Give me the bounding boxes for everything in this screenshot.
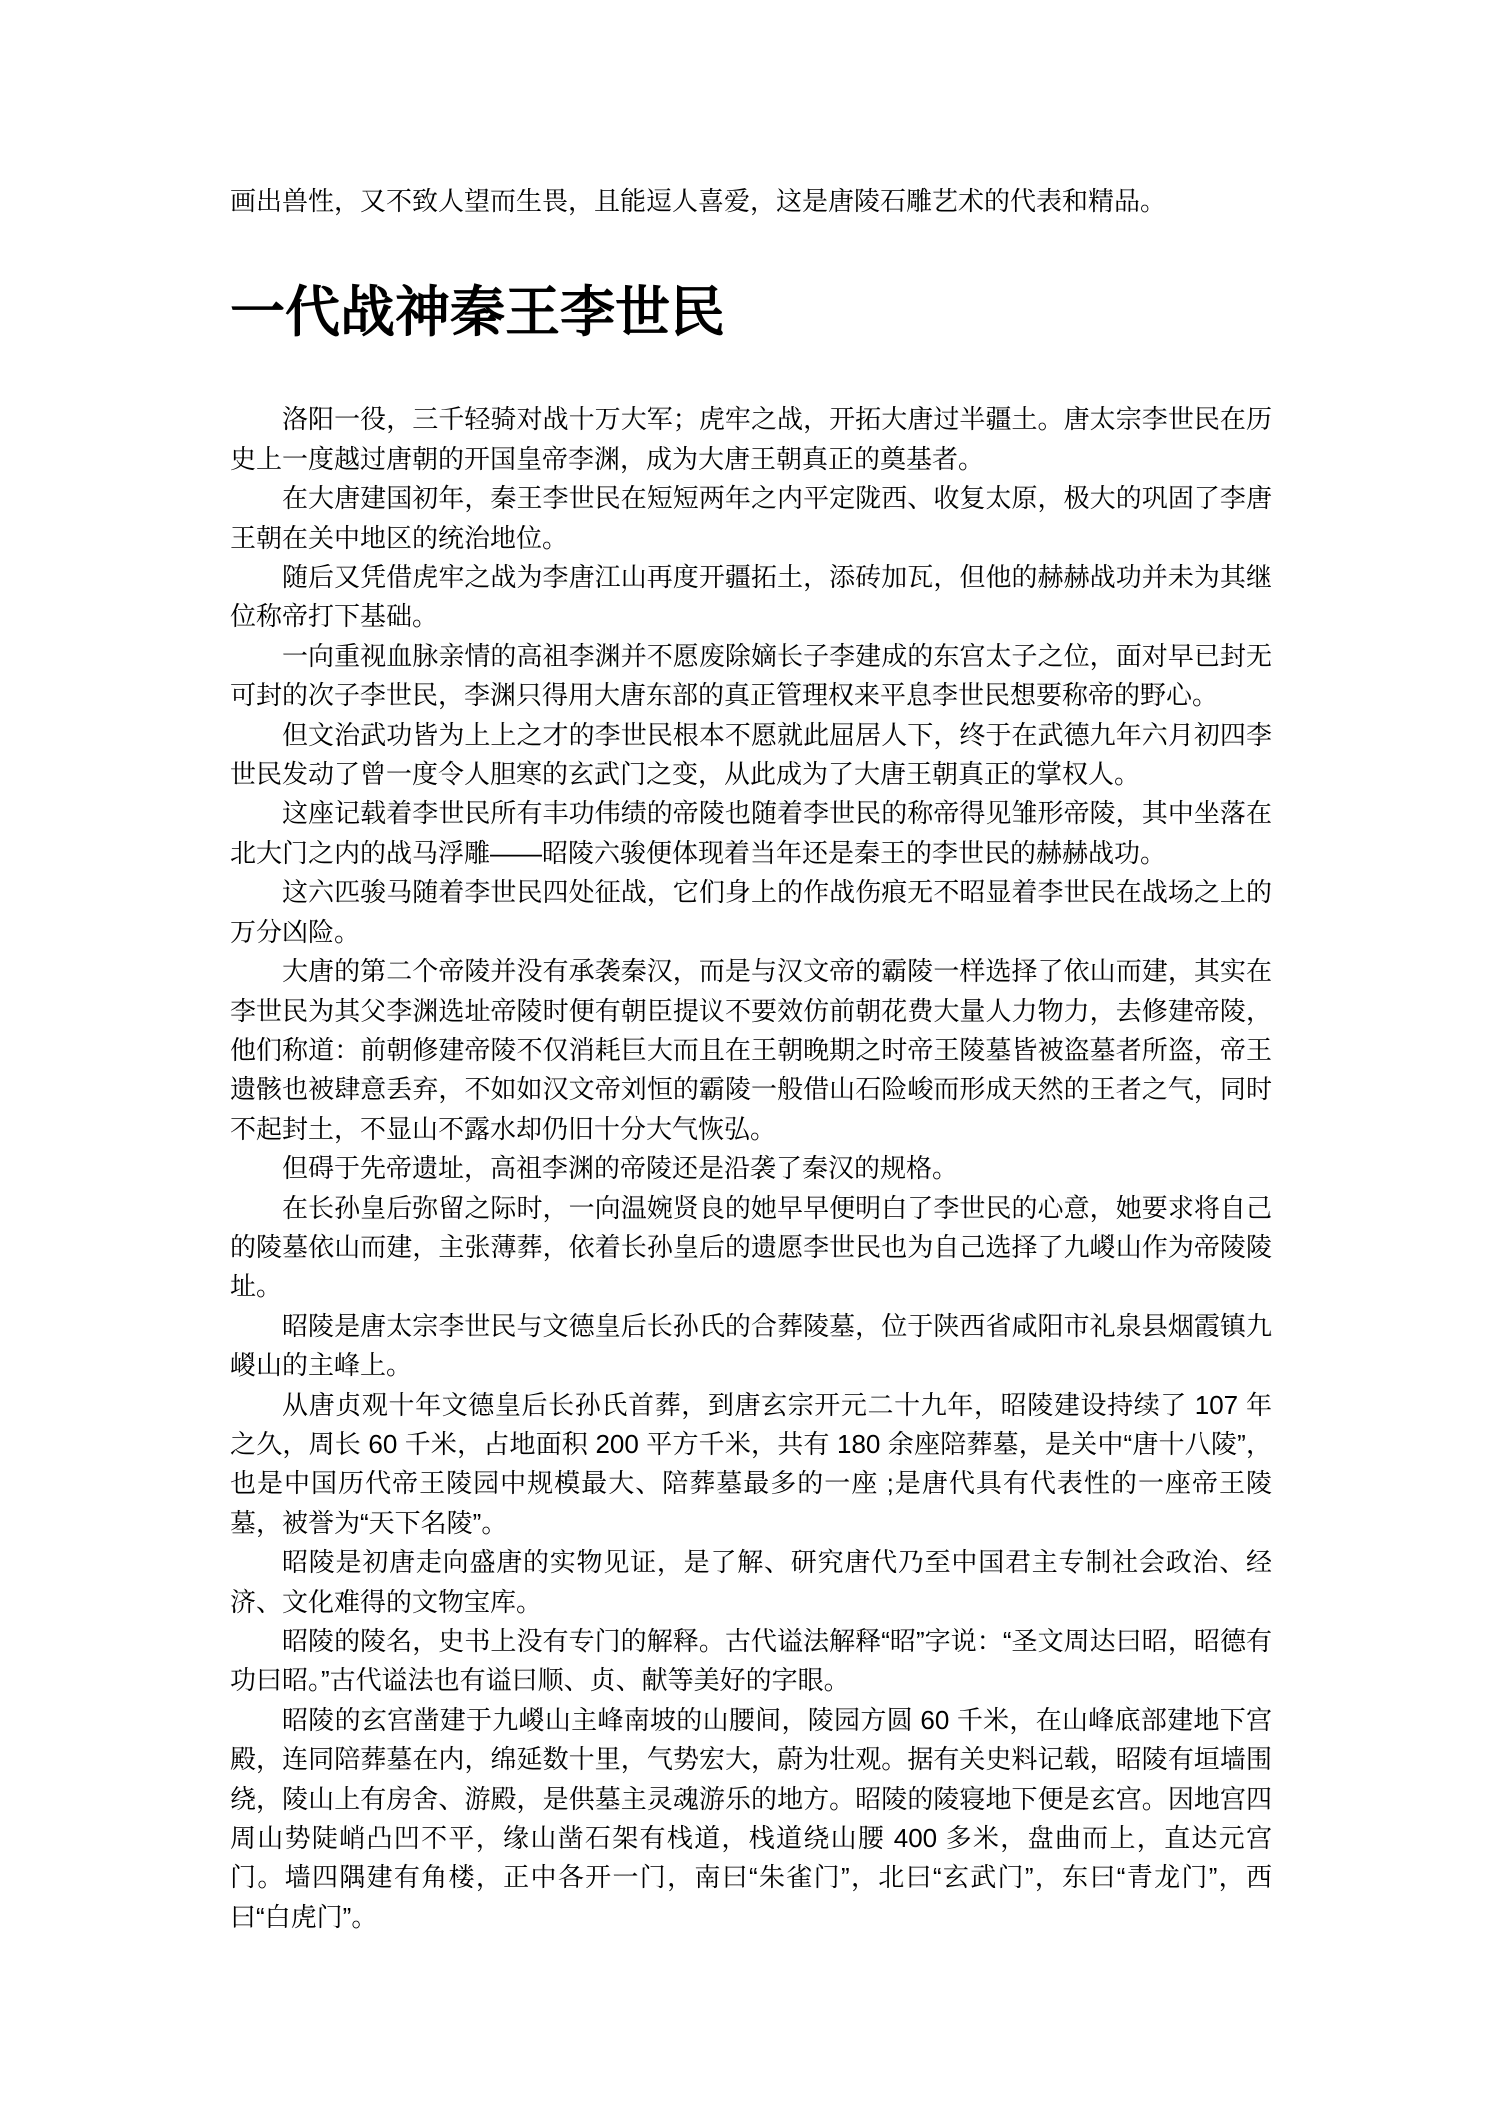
document-page: 画出兽性，又不致人望而生畏，且能逗人喜爱，这是唐陵石雕艺术的代表和精品。 一代战… <box>0 0 1500 2123</box>
paragraph: 这六匹骏马随着李世民四处征战，它们身上的作战伤痕无不昭显着李世民在战场之上的万分… <box>230 873 1272 952</box>
paragraph-continuation: 画出兽性，又不致人望而生畏，且能逗人喜爱，这是唐陵石雕艺术的代表和精品。 <box>230 182 1272 221</box>
paragraph: 一向重视血脉亲情的高祖李渊并不愿废除嫡长子李建成的东宫太子之位，面对早已封无可封… <box>230 637 1272 716</box>
section-heading: 一代战神秦王李世民 <box>230 277 1272 347</box>
paragraph: 但碍于先帝遗址，高祖李渊的帝陵还是沿袭了秦汉的规格。 <box>230 1149 1272 1188</box>
paragraph: 但文治武功皆为上上之才的李世民根本不愿就此屈居人下，终于在武德九年六月初四李世民… <box>230 716 1272 795</box>
paragraph: 昭陵是唐太宗李世民与文德皇后长孙氏的合葬陵墓，位于陕西省咸阳市礼泉县烟霞镇九嵕山… <box>230 1307 1272 1386</box>
paragraph: 在长孙皇后弥留之际时，一向温婉贤良的她早早便明白了李世民的心意，她要求将自己的陵… <box>230 1189 1272 1307</box>
paragraph: 随后又凭借虎牢之战为李唐江山再度开疆拓土，添砖加瓦，但他的赫赫战功并未为其继位称… <box>230 558 1272 637</box>
paragraph: 昭陵的陵名，史书上没有专门的解释。古代谥法解释“昭”字说：“圣文周达曰昭，昭德有… <box>230 1622 1272 1701</box>
paragraph: 在大唐建国初年，秦王李世民在短短两年之内平定陇西、收复太原，极大的巩固了李唐王朝… <box>230 479 1272 558</box>
paragraph: 大唐的第二个帝陵并没有承袭秦汉，而是与汉文帝的霸陵一样选择了依山而建，其实在李世… <box>230 952 1272 1149</box>
document-body: 洛阳一役，三千轻骑对战十万大军；虎牢之战，开拓大唐过半疆土。唐太宗李世民在历史上… <box>230 400 1272 1937</box>
paragraph: 洛阳一役，三千轻骑对战十万大军；虎牢之战，开拓大唐过半疆土。唐太宗李世民在历史上… <box>230 400 1272 479</box>
paragraph: 昭陵是初唐走向盛唐的实物见证，是了解、研究唐代乃至中国君主专制社会政治、经济、文… <box>230 1543 1272 1622</box>
paragraph: 昭陵的玄宫凿建于九嵕山主峰南坡的山腰间，陵园方圆 60 千米，在山峰底部建地下宫… <box>230 1701 1272 1937</box>
paragraph: 这座记载着李世民所有丰功伟绩的帝陵也随着李世民的称帝得见雏形帝陵，其中坐落在北大… <box>230 794 1272 873</box>
paragraph: 从唐贞观十年文德皇后长孙氏首葬，到唐玄宗开元二十九年，昭陵建设持续了 107 年… <box>230 1386 1272 1544</box>
